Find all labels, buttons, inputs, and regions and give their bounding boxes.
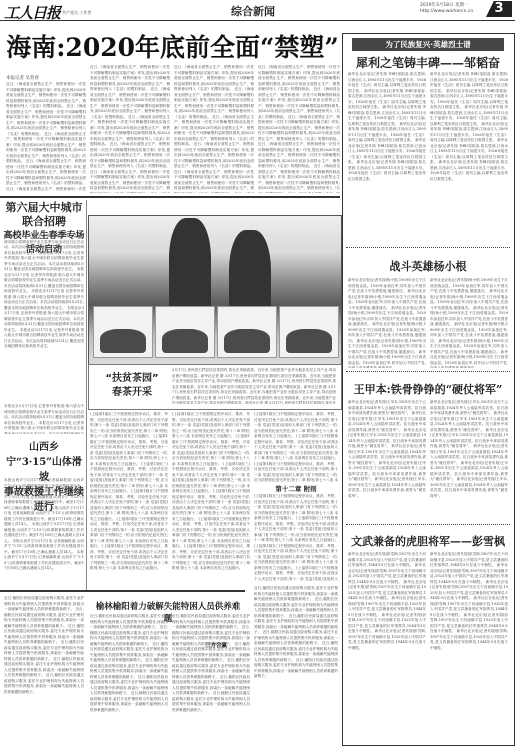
yulin-body-col1: 近日,榆阳区民政局通过政府购买服务,委托专业护理机构为失能特困人员提供集中供养服…	[90, 614, 168, 744]
tea-crate	[217, 306, 277, 358]
section-title: 综合新闻	[231, 3, 275, 19]
divider	[0, 590, 245, 592]
chapter-heading: 第十二章 附则	[254, 484, 338, 493]
story-headline-zou: 犀利之笔铸丰碑——邹韬奋	[346, 54, 510, 71]
lead-body-col4: 近日,《海南省全面禁止生产、销售和使用一次性不可降解塑料制品实施方案》印发,提出…	[258, 65, 340, 193]
story-body-yang-col1: 新华社北京电(记者朱翔)杨小根,1909年出生于江西省瑞金县。1929年参加红军…	[348, 278, 426, 368]
regulation-col2: (上接第1版)(三)不按照规定程序动议、推荐、考察、讨论决定任免干部,或者由个人…	[172, 412, 250, 582]
story-body-yang-col2: 新华社北京电(记者朱翔)杨小根,1909年出生于江西省瑞金县。1929年参加红军…	[430, 278, 508, 368]
tea-crate	[155, 306, 215, 358]
divider	[0, 196, 340, 198]
story-body-wang-col1: 新华社北京电(记者朱翔)王甲本,1901年出生于云南富源县,1924年考入云南陆…	[348, 400, 426, 518]
lead-headline: 海南:2020年底前全面“禁塑”	[0, 28, 345, 64]
newspaper-logo: 工人日报	[4, 2, 60, 23]
tea-crate	[93, 306, 153, 358]
story-headline-wang: 王甲本:铁骨铮铮的“硬仗将军”	[346, 381, 510, 397]
dateline: 2019年3月18日 星期一 http://www.workercn.cn	[420, 3, 473, 15]
regulation-col1: (上接第1版)(三)不按照规定程序动议、推荐、考察、讨论决定任免干部,或者由个人…	[90, 412, 168, 582]
dotted-divider	[346, 247, 510, 248]
tea-harvest-photo	[88, 215, 342, 365]
landslide-body: 本报山西乡宁3月17日电 记者郝赫报道:山西乡宁“3·15”山体滑坡事故救援工作…	[4, 478, 84, 588]
story-headline-yang: 战斗英雄杨小根	[346, 258, 510, 274]
yulin-body-col2: 近日,榆阳区民政局通过政府购买服务,委托专业护理机构为失能特困人员提供集中供养服…	[172, 614, 250, 744]
story-headline-peng: 文武兼备的虎胆将军——彭雪枫	[346, 533, 510, 549]
photo-caption: 3月17日,贵州省石阡县扶贫茶园内,茶农在采摘春茶。近年来,当地把茶产业作为脱贫…	[172, 368, 336, 404]
story-body-zou-col2: 新华社北京电(记者朱翔 李峰)邹韬奋,原名恩润,江西余江人,1895年11月出生…	[430, 72, 508, 222]
photo-title-line2: 春茶开采	[96, 386, 168, 400]
photo-title: “扶贫茶园” 春茶开采	[96, 372, 168, 400]
tea-crate	[279, 306, 339, 358]
dotted-divider	[346, 371, 510, 372]
story-body-zou-col1: 新华社北京电(记者朱翔 李峰)邹韬奋,原名恩润,江西余江人,1895年11月出生…	[348, 72, 426, 222]
logo-subtitle: 共产党员 工作者	[62, 10, 91, 16]
story-body-peng-col2: 新华社北京电(记者朱翔)彭雪枫,1907年出生于河南镇平县,1925年加入中国共…	[430, 552, 508, 738]
hero-column-banner: 为了民族复兴·英雄烈士谱	[352, 38, 504, 51]
jobfair-body: 本报北京3月17日电 记者李丹青报道:第六届大中城市联合招聘高校毕业生春季专场活…	[4, 234, 84, 404]
regulation-col3: (上接第1版)(三)不按照规定程序动议、推荐、考察、讨论决定任免干部,或者由个人…	[254, 412, 338, 482]
yulin-body-col0: 近日,榆阳区民政局通过政府购买服务,委托专业护理机构为失能特困人员提供集中供养服…	[4, 596, 84, 744]
story-body-peng-col1: 新华社北京电(记者朱翔)彭雪枫,1907年出生于河南镇平县,1925年加入中国共…	[348, 552, 426, 738]
lead-body-col2: 近日,《海南省全面禁止生产、销售和使用一次性不可降解塑料制品实施方案》印发,提出…	[90, 65, 170, 193]
lead-body-col1: 近日,《海南省全面禁止生产、销售和使用一次性不可降解塑料制品实施方案》印发,提出…	[6, 82, 86, 192]
tea-picker-figure	[169, 218, 211, 318]
regulation-col3-cont: (上接第1版)(三)不按照规定程序动议、推荐、考察、讨论决定任免干部,或者由个人…	[254, 494, 338, 582]
photo-title-line1: “扶贫茶园”	[96, 372, 168, 386]
jobfair-headline-line1: 第六届大中城市联合招聘	[2, 201, 86, 229]
yulin-subheading: 三方合赢	[196, 641, 236, 649]
jobfair-body-cont: 本报北京3月17日电 记者李丹青报道:第六届大中城市联合招聘高校毕业生春季专场活…	[4, 404, 84, 434]
lead-byline: 本报记者 吴普春	[6, 75, 39, 81]
yulin-body-col3: 近日,榆阳区民政局通过政府购买服务,委托专业护理机构为失能特困人员提供集中供养服…	[254, 586, 338, 744]
column-rule	[86, 200, 87, 592]
story-body-wang-col2: 新华社北京电(记者朱翔)王甲本,1901年出生于云南富源县,1924年考入云南陆…	[430, 400, 508, 518]
lead-body-col3: 近日,《海南省全面禁止生产、销售和使用一次性不可降解塑料制品实施方案》印发,提出…	[174, 65, 254, 193]
website-url: http://www.workercn.cn	[420, 9, 473, 15]
dotted-divider	[346, 524, 510, 525]
